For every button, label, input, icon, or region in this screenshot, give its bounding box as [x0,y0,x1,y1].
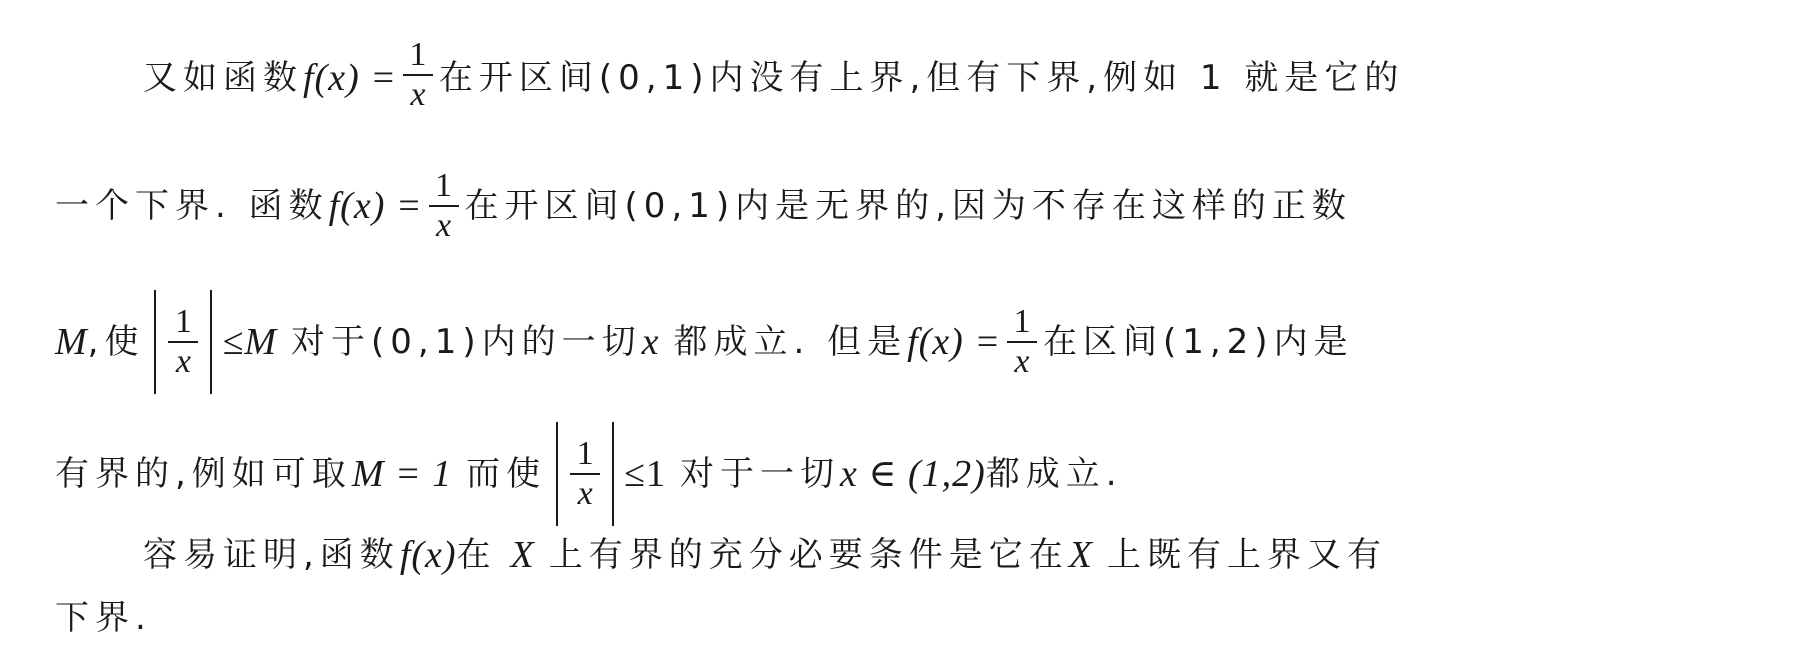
math-run: X [511,535,535,575]
text-run: 在开区间(0,1)内是无界的,因为不存在这样的正数 [465,186,1352,226]
text-run: 都成立. [986,454,1123,494]
text-run: 都成立. 但是 [673,322,907,362]
paragraph-1-line-2: 一个下界. 函数 f(x) = 1 x 在开区间(0,1)内是无界的,因为不存在… [55,167,1352,245]
fraction-numerator: 1 [169,303,198,341]
fraction: 1 x [1007,303,1037,381]
text-run: 在区间(1,2)内是 [1043,322,1354,362]
fraction-denominator: x [430,207,457,245]
math-run: X [1069,535,1093,575]
paragraph-1-line-3: M ,使 1 x ≤M 对于(0,1)内的一切 x 都成立. 但是 f(x) =… [55,290,1354,394]
paragraph-1-line-1: 又如函数 f(x) = 1 x 在开区间(0,1)内没有上界,但有下界,例如 1… [143,42,1404,114]
text-run: 而使 [466,454,546,494]
text-run: 容易证明,函数 [143,535,400,575]
fraction-denominator: x [572,475,599,513]
fraction-numerator: 1 [1007,303,1036,341]
math-run: f(x) = [303,58,397,98]
paragraph-2-line-1: 容易证明,函数 f(x) 在 X 上有界的充分必要条件是它在 X 上既有上界又有 [143,535,1387,575]
math-run: f(x) = [329,186,423,226]
text-run: 上既有上界又有 [1107,535,1387,575]
fraction-numerator: 1 [403,36,432,74]
fraction-denominator: x [170,343,197,381]
math-run: f(x) = [907,322,1001,362]
text-run: ,使 [88,322,145,362]
text-run: 下界. [55,598,152,638]
fraction-numerator: 1 [429,167,458,205]
math-run: ≤1 [624,454,666,494]
math-run: ≤M [222,322,277,362]
text-run: 在开区间(0,1)内没有上界,但有下界,例如 1 就是它的 [439,58,1404,98]
math-run: x [642,322,660,362]
fraction: 1 x [168,303,198,381]
text-run: 对于(0,1)内的一切 [291,322,642,362]
fraction-numerator: 1 [571,435,600,473]
text-run: 一个下界. 函数 [55,186,329,226]
paragraph-1-line-4: 有界的,例如可取 M = 1 而使 1 x ≤1 对于一切 x ∈ (1,2) … [55,422,1123,526]
text-run: 对于一切 [680,454,840,494]
math-run: M = 1 [352,454,452,494]
math-run: f(x) [400,535,457,575]
fraction: 1 x [570,435,600,513]
fraction-denominator: x [1008,343,1035,381]
math-run: M [55,322,88,362]
text-run: 有界的,例如可取 [55,454,352,494]
absolute-value: 1 x [154,290,212,394]
text-run: 上有界的充分必要条件是它在 [549,535,1069,575]
fraction: 1 x [429,167,459,245]
absolute-value: 1 x [556,422,614,526]
paragraph-2-line-2: 下界. [55,598,152,638]
text-run: 又如函数 [143,58,303,98]
text-run: 在 [457,535,497,575]
math-run: x ∈ (1,2) [840,454,986,494]
fraction-denominator: x [404,76,431,114]
fraction: 1 x [403,36,433,114]
